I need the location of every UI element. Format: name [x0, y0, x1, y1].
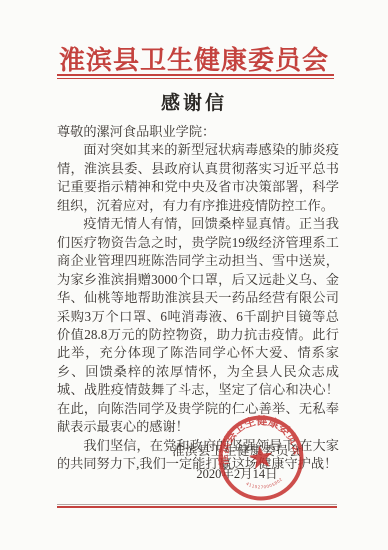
svg-text:4115270005802: 4115270005802: [245, 476, 285, 492]
paragraph-2: 疫情无情人有情，回馈桑梓显真情。正当我们医疗物资告急之时，贵学院19级经济管理系…: [57, 215, 339, 436]
footer-rule: [57, 504, 337, 508]
seal-code-number: 4115270005802: [245, 476, 285, 492]
paragraph-1: 面对突如其来的新型冠状病毒感染的肺炎疫情，淮滨县委、县政府认真贯彻落实习近平总书…: [57, 141, 339, 215]
letter-title: 感谢信: [0, 88, 388, 115]
letter-page: 淮滨县卫生健康委员会 感谢信 尊敬的漯河食品职业学院： 面对突如其来的新型冠状病…: [0, 0, 388, 550]
salutation: 尊敬的漯河食品职业学院：: [57, 123, 339, 141]
seal-star-icon: [248, 444, 274, 469]
letterhead-double-rule: [57, 74, 334, 79]
letterhead-title: 淮滨县卫生健康委员会: [0, 40, 388, 77]
official-seal-stamp: 淮滨县卫生健康委员会 4115270005802: [211, 408, 310, 507]
